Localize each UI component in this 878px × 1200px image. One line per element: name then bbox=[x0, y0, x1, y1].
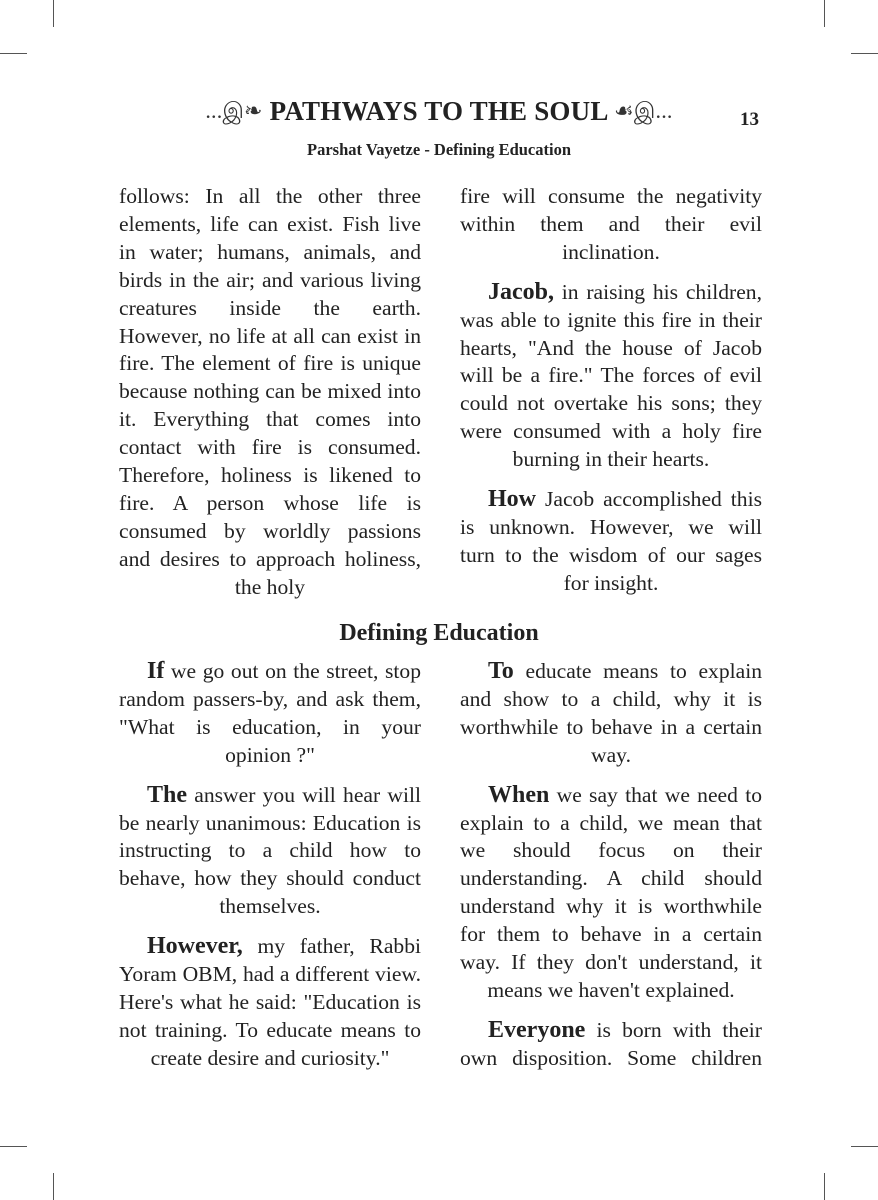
paragraph-text: we say that we need to explain to a chil… bbox=[460, 783, 762, 1002]
crop-mark-top-right-horizontal bbox=[851, 53, 878, 54]
flourish-ornament-left-icon: ...இ❧ bbox=[205, 98, 262, 123]
crop-mark-top-right-vertical bbox=[824, 0, 825, 27]
section-left-column: If we go out on the street, stop random … bbox=[119, 658, 421, 1085]
paragraph-lead-word: When bbox=[488, 782, 549, 808]
paragraph-lead-word: Jacob, bbox=[488, 279, 554, 305]
paragraph-text: in raising his children, was able to ign… bbox=[460, 280, 762, 471]
book-title: PATHWAYS TO THE SOUL bbox=[270, 96, 607, 126]
flourish-ornament-right-icon: ☙இ... bbox=[614, 98, 673, 123]
paragraph-lead-word: How bbox=[488, 486, 536, 512]
paragraph: follows: In all the other three elements… bbox=[119, 183, 421, 602]
paragraph-text: fire will consume the negativity within … bbox=[460, 184, 762, 264]
paragraph: If we go out on the street, stop random … bbox=[119, 658, 421, 770]
paragraph: Jacob, in raising his children, was able… bbox=[460, 279, 762, 474]
crop-mark-bottom-left-vertical bbox=[53, 1173, 54, 1200]
paragraph-text: we go out on the street, stop random pas… bbox=[119, 659, 421, 767]
paragraph: When we say that we need to explain to a… bbox=[460, 782, 762, 1005]
paragraph-lead-word: However, bbox=[147, 933, 243, 959]
paragraph: To educate means to explain and show to … bbox=[460, 658, 762, 770]
paragraph-lead-word: Everyone bbox=[488, 1017, 585, 1043]
paragraph-lead-word: If bbox=[147, 658, 164, 684]
paragraph: Everyone is born with their own disposit… bbox=[460, 1017, 762, 1073]
paragraph: However, my father, Rabbi Yoram OBM, had… bbox=[119, 933, 421, 1073]
paragraph-lead-word: The bbox=[147, 782, 187, 808]
paragraph-lead-word: To bbox=[488, 658, 514, 684]
paragraph: fire will consume the negativity within … bbox=[460, 183, 762, 267]
paragraph: How Jacob accomplished this is unknown. … bbox=[460, 486, 762, 598]
page-number: 13 bbox=[740, 109, 759, 131]
chapter-subtitle: Parshat Vayetze - Defining Education bbox=[0, 140, 878, 160]
top-left-column: follows: In all the other three elements… bbox=[119, 183, 421, 614]
crop-mark-bottom-right-vertical bbox=[824, 1173, 825, 1200]
section-heading: Defining Education bbox=[0, 620, 878, 647]
paragraph: The answer you will hear will be nearly … bbox=[119, 782, 421, 922]
section-right-column: To educate means to explain and show to … bbox=[460, 658, 762, 1085]
top-right-column: fire will consume the negativity within … bbox=[460, 183, 762, 610]
crop-mark-bottom-right-horizontal bbox=[851, 1146, 878, 1147]
paragraph-text: follows: In all the other three elements… bbox=[119, 184, 421, 599]
crop-mark-bottom-left-horizontal bbox=[0, 1146, 27, 1147]
crop-mark-top-left-horizontal bbox=[0, 53, 27, 54]
crop-mark-top-left-vertical bbox=[53, 0, 54, 27]
